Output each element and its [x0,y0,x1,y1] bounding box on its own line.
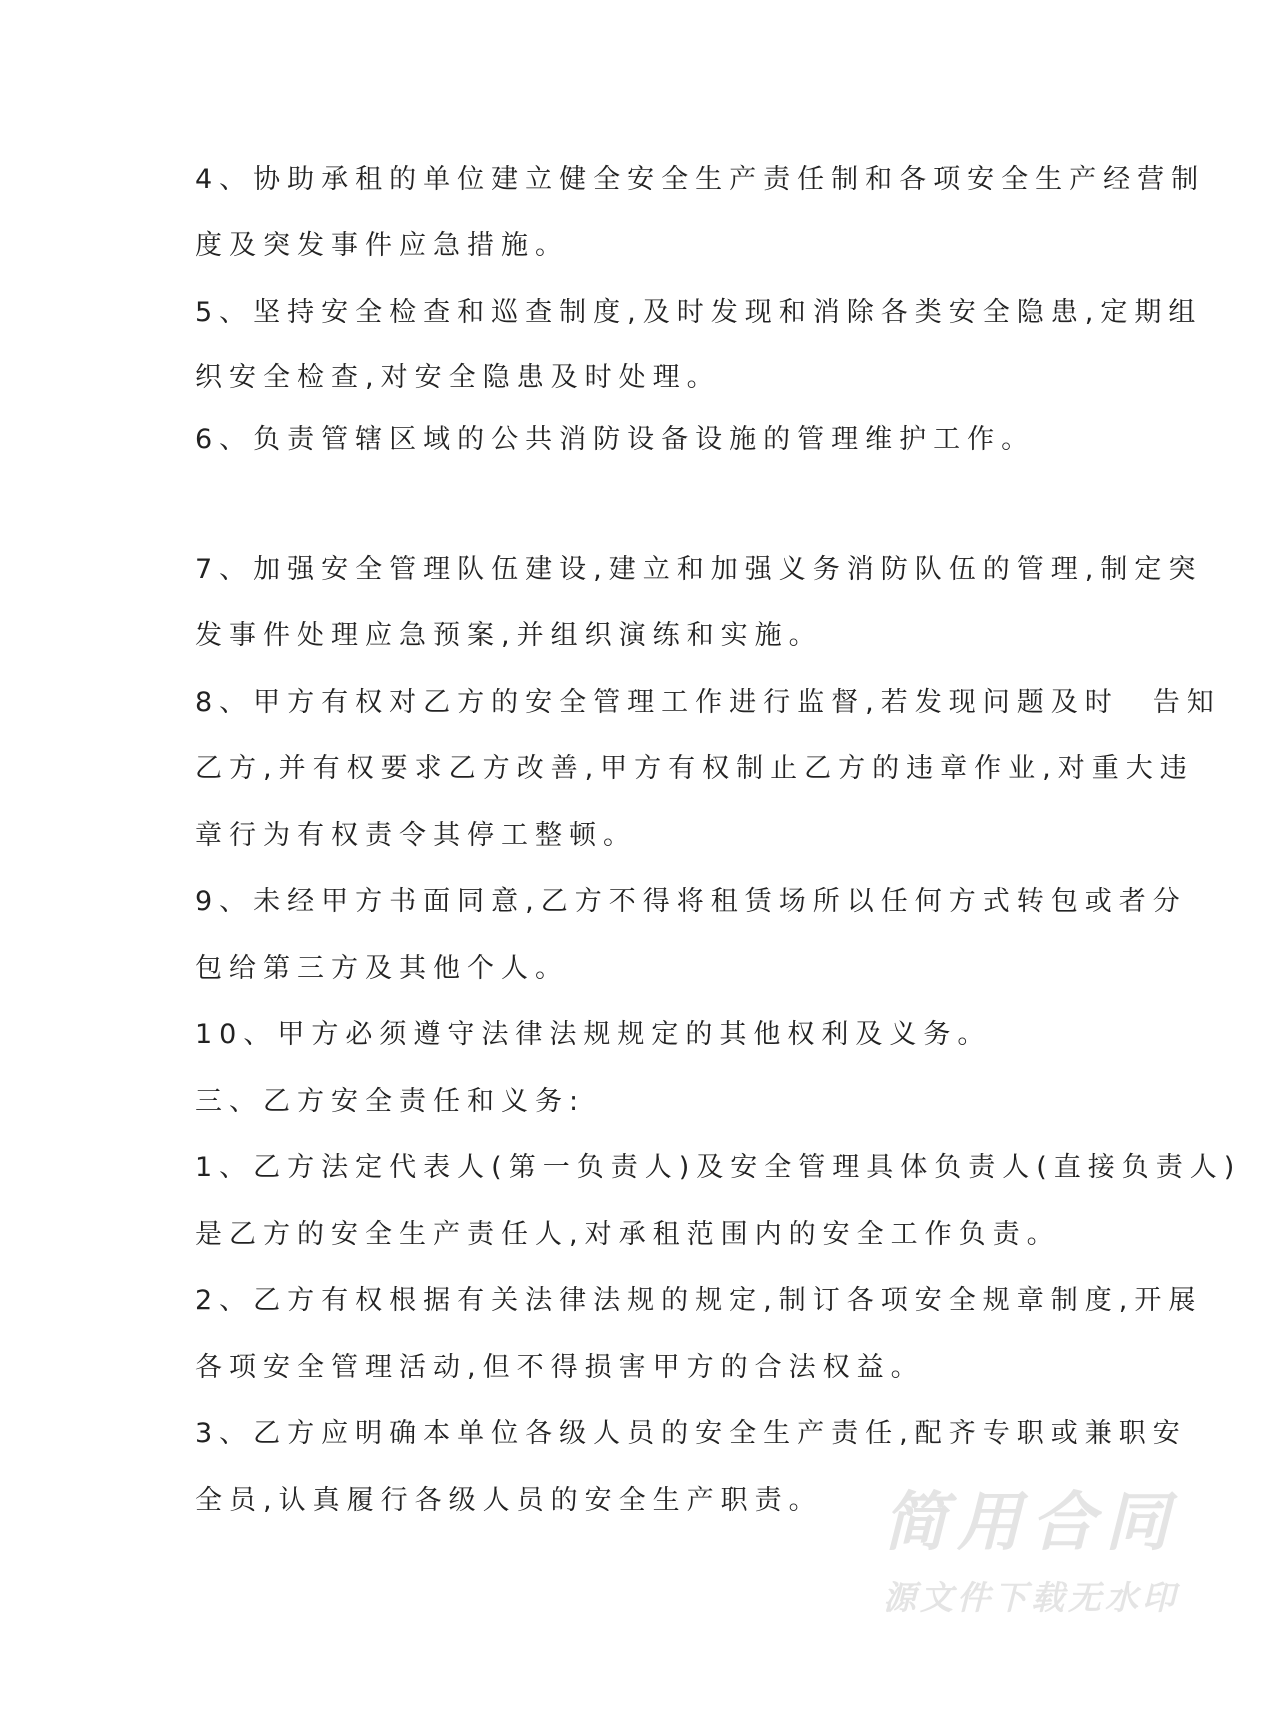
text-line-b1a: 1、乙方法定代表人(第一负责人)及安全管理具体负责人(直接负责人) [195,1148,1241,1188]
text-line-b2b: 各项安全管理活动,但不得损害甲方的合法权益。 [195,1348,925,1388]
text-line-6: 6、负责管辖区域的公共消防设备设施的管理维护工作。 [195,420,1035,460]
text-line-9a: 9、未经甲方书面同意,乙方不得将租赁场所以任何方式转包或者分 [195,882,1187,922]
text-line-8c: 章行为有权责令其停工整顿。 [195,816,637,856]
document-page: 4、协助承租的单位建立健全安全生产责任制和各项安全生产经营制 度及突发事件应急措… [0,0,1280,1713]
text-line-4a: 4、协助承租的单位建立健全安全生产责任制和各项安全生产经营制 [195,160,1205,200]
text-line-9b: 包给第三方及其他个人。 [195,949,569,989]
watermark-subtitle: 源文件下载无水印 [883,1580,1179,1616]
text-line-7a: 7、加强安全管理队伍建设,建立和加强义务消防队伍的管理,制定突 [195,550,1202,590]
text-line-b3b: 全员,认真履行各级人员的安全生产职责。 [195,1481,823,1521]
text-line-10: 10、甲方必须遵守法律法规规定的其他权利及义务。 [195,1015,991,1055]
text-line-8b: 乙方,并有权要求乙方改善,甲方有权制止乙方的违章作业,对重大违 [195,749,1194,789]
text-line-b3a: 3、乙方应明确本单位各级人员的安全生产责任,配齐专职或兼职安 [195,1414,1187,1454]
text-line-7b: 发事件处理应急预案,并组织演练和实施。 [195,616,823,656]
text-line-5a: 5、坚持安全检查和巡查制度,及时发现和消除各类安全隐患,定期组 [195,293,1202,333]
text-line-8a: 8、甲方有权对乙方的安全管理工作进行监督,若发现问题及时 告知 [195,683,1221,723]
text-line-b1b: 是乙方的安全生产责任人,对承租范围内的安全工作负责。 [195,1215,1061,1255]
text-line-b2a: 2、乙方有权根据有关法律法规的规定,制订各项安全规章制度,开展 [195,1281,1202,1321]
text-line-5b: 织安全检查,对安全隐患及时处理。 [195,358,721,398]
watermark-title: 简用合同 [883,1490,1179,1556]
text-line-4b: 度及突发事件应急措施。 [195,226,569,266]
section-heading-3: 三、乙方安全责任和义务: [195,1082,585,1122]
